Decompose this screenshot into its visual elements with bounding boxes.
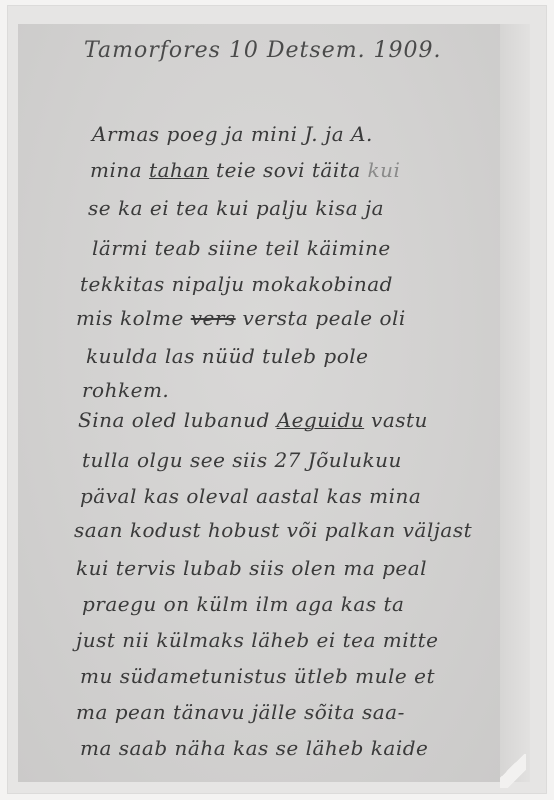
letter-line-10: tulla olgu see siis 27 Jõulukuu	[82, 448, 402, 472]
letter-line-3: se ka ei tea kui palju kisa ja	[88, 196, 384, 220]
line-6-rest: versta peale oli	[236, 306, 406, 330]
line-2-rest: teie sovi täita	[209, 158, 367, 182]
word-mina: mina	[90, 158, 149, 182]
letter-line-1: Armas poeg ja mini J. ja A.	[92, 122, 373, 146]
underlined-word: Aeguidu	[277, 408, 365, 432]
line-9-rest: vastu	[364, 408, 428, 432]
torn-corner	[500, 754, 526, 788]
letter-line-6: mis kolme vers versta peale oli	[76, 306, 406, 330]
faint-word: kui	[368, 158, 401, 182]
underlined-word: tahan	[149, 158, 209, 182]
letter-line-2: mina tahan teie sovi täita kui	[90, 158, 400, 182]
letter-heading: Tamorfores 10 Detsem. 1909.	[84, 38, 442, 63]
letter-line-8: rohkem.	[82, 378, 169, 402]
line-9-start: Sina oled lubanud	[78, 408, 277, 432]
line-6-start: mis kolme	[76, 306, 191, 330]
letter-line-15: just nii külmaks läheb ei tea mitte	[76, 628, 439, 652]
letter-line-13: kui tervis lubab siis olen ma peal	[76, 556, 427, 580]
letter-line-14: praegu on külm ilm aga kas ta	[82, 592, 404, 616]
letter-line-11: päval kas oleval aastal kas mina	[80, 484, 421, 508]
letter-line-17: ma pean tänavu jälle sõita saa-	[76, 700, 405, 724]
letter-line-16: mu südametunistus ütleb mule et	[80, 664, 435, 688]
struck-word: vers	[191, 306, 236, 330]
photo-right-edge	[500, 24, 530, 782]
letter-line-5: tekkitas nipalju mokakobinad	[80, 272, 393, 296]
letter-line-9: Sina oled lubanud Aeguidu vastu	[78, 408, 428, 432]
letter-line-4: lärmi teab siine teil käimine	[92, 236, 391, 260]
letter-line-7: kuulda las nüüd tuleb pole	[86, 344, 369, 368]
letter-line-12: saan kodust hobust või palkan väljast	[74, 518, 472, 542]
letter-line-18: ma saab näha kas se läheb kaide	[80, 736, 428, 760]
